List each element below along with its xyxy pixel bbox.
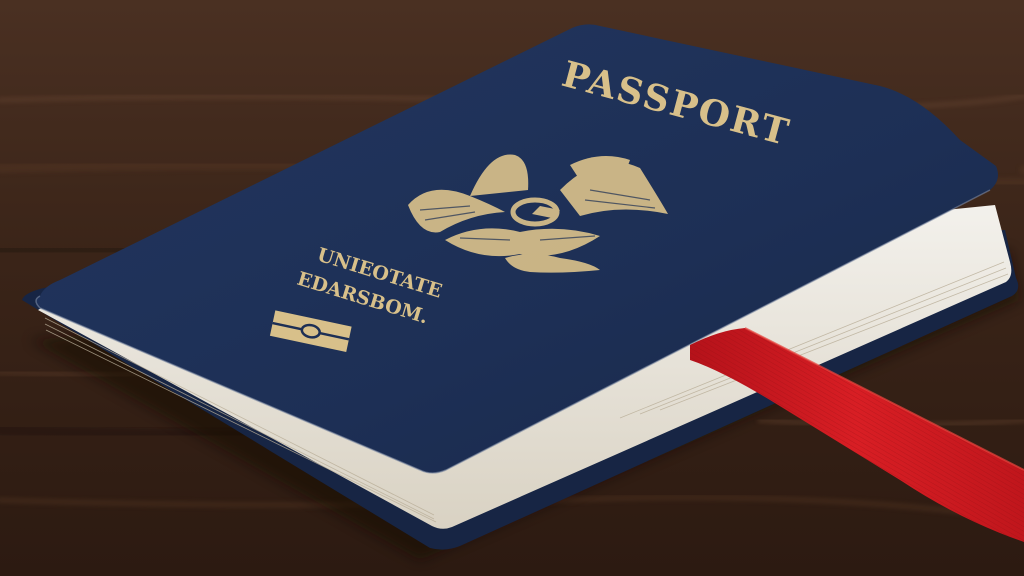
scene-canvas: PASSPORT UNIEOTATE EDARSBOM. (0, 0, 1024, 576)
passport-photo: PASSPORT UNIEOTATE EDARSBOM. (0, 0, 1024, 576)
